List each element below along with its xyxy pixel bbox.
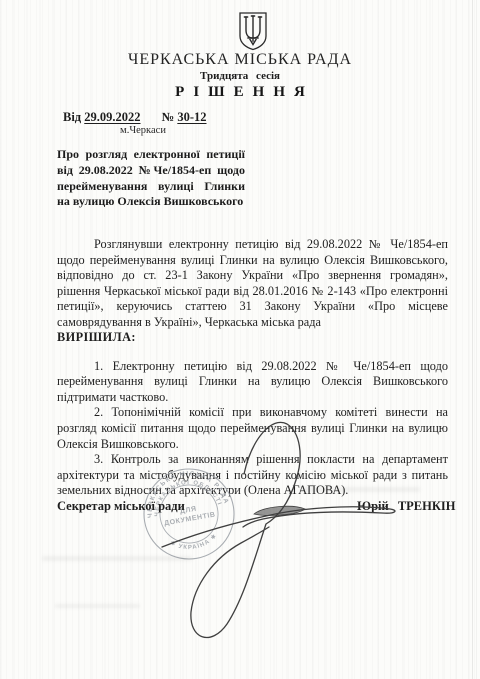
subject-block: Про розгляд електронної петиції від 29.0… — [57, 147, 245, 210]
doc-type-title: РІШЕННЯ — [0, 84, 480, 101]
number-sign: № — [162, 110, 175, 124]
preamble-paragraph: Розглянувши електронну петицію від 29.08… — [57, 237, 448, 330]
scan-smudge — [300, 487, 420, 492]
session-label: Тридцята сесія — [0, 70, 480, 82]
resolved-label: ВИРІШИЛА: — [57, 330, 448, 346]
doc-date: 29.09.2022 — [84, 110, 140, 124]
scan-smudge — [55, 604, 140, 608]
signatory-name: Юрій ТРЕНКІН — [357, 499, 456, 514]
org-name: ЧЕРКАСЬКА МІСЬКА РАДА — [0, 51, 480, 69]
coat-of-arms-icon — [238, 12, 268, 51]
scan-smudge — [42, 556, 192, 561]
stamp-bottom-text: ✱ УКРАЇНА ✱ — [168, 531, 220, 554]
body-text: Розглянувши електронну петицію від 29.08… — [57, 237, 448, 499]
doc-meta-line: Від 29.09.2022 № 30-12 — [63, 110, 207, 125]
doc-number: 30-12 — [177, 110, 206, 124]
document-page: ЧЕРКАСЬКА МІСЬКА РАДА Тридцята сесія РІШ… — [0, 0, 480, 679]
decision-item-1: 1. Електронну петицію від 29.08.2022 № Ч… — [57, 359, 448, 406]
signatory-title: Секретар міської ради — [57, 499, 185, 514]
date-prefix: Від — [63, 110, 81, 124]
decision-item-2: 2. Топонімічній комісії при виконавчому … — [57, 405, 448, 452]
scan-edge-line-2 — [476, 0, 477, 679]
city-label: м.Черкаси — [108, 125, 178, 136]
official-stamp: ЧЕРКАСЬКА МІСЬКА РАДА ЧЕРКАСЬКОЇ ОБЛАСТІ… — [133, 458, 244, 569]
scan-edge-line — [472, 0, 473, 679]
